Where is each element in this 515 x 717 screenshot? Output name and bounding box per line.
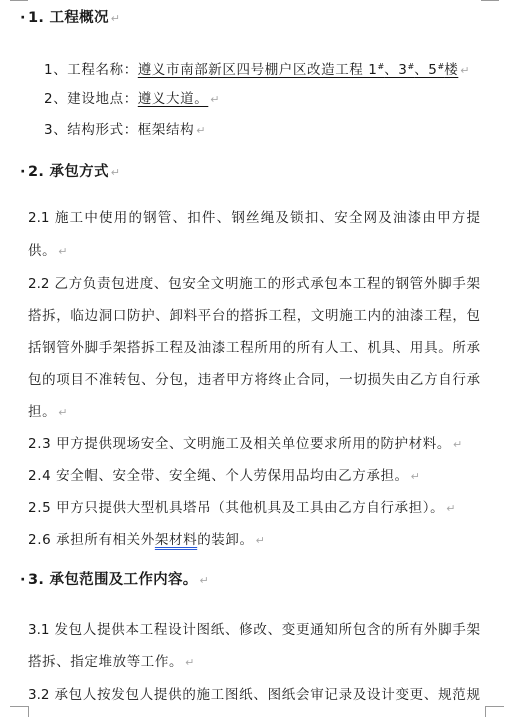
clause-3-1-line-1[interactable]: 3.1 发包人提供本工程设计图纸、修改、变更通知所包含的所有外脚手架 [28,621,480,639]
clause-2-2-line-5[interactable]: 担。↵ [28,403,68,422]
clause-2-6[interactable]: 2.6 承担所有相关外架材料的装卸。↵ [28,531,265,550]
paragraph-mark-icon: ↵ [210,93,220,106]
clause-3-2-line-1[interactable]: 3.2 承包人按发包人提供的施工图纸、图纸会审记录及设计变更、规范规 [28,686,480,704]
heading-bullet: · [20,163,28,181]
page-corner-mark-top-left [10,0,28,1]
section-2-heading[interactable]: ·2. 承包方式↵ [20,163,120,182]
paragraph-mark-icon: ↵ [256,534,266,547]
clause-2-1-line-1[interactable]: 2.1 施工中使用的钢管、扣件、钢丝绳及锁扣、安全网及油漆由甲方提 [28,209,480,227]
clause-2-2-line-2[interactable]: 搭拆，临边洞口防护、卸料平台的搭拆工程，文明施工内的油漆工程，包 [28,307,480,325]
page-corner-mark-top-right [481,0,499,1]
clause-2-2-line-3[interactable]: 括钢管外脚手架搭拆工程及油漆工程所用的所有人工、机具、用具。所承 [28,339,480,357]
page-corner-mark-bottom-right [485,706,504,717]
project-name-line[interactable]: 1、工程名称：遵义市南部新区四号棚户区改造工程 1#、3#、5#楼↵ [44,58,470,80]
project-name-label: 1、工程名称： [44,62,138,78]
paragraph-mark-icon: ↵ [453,438,463,451]
construction-site-value[interactable]: 遵义大道。 [138,91,209,107]
clause-2-5[interactable]: 2.5 甲方只提供大型机具塔吊（其他机具及工具由乙方自行承担）。↵ [28,499,456,518]
section-1-heading[interactable]: ·1. 工程概况↵ [20,9,120,28]
section-3-heading-text: 3. 承包范围及工作内容。 [28,572,198,588]
paragraph-mark-icon: ↵ [111,166,121,179]
structure-type-label: 3、结构形式： [44,122,138,138]
construction-site-line[interactable]: 2、建设地点：遵义大道。↵ [44,90,220,109]
paragraph-mark-icon: ↵ [111,12,121,25]
paragraph-mark-icon: ↵ [58,406,68,419]
clause-2-3[interactable]: 2.3 甲方提供现场安全、文明施工及相关单位要求所用的防护材料。↵ [28,435,463,454]
clause-2-2-line-1[interactable]: 2.2 乙方负责包进度、包安全文明施工的形式承包本工程的钢管外脚手架 [28,275,480,293]
paragraph-mark-icon: ↵ [460,64,470,77]
page-corner-mark-bottom-left [10,706,29,717]
construction-site-label: 2、建设地点： [44,91,138,107]
paragraph-mark-icon: ↵ [185,656,195,669]
clause-3-1-line-2[interactable]: 搭拆、指定堆放等工作。↵ [28,653,195,672]
heading-bullet: · [20,571,28,589]
section-1-heading-text: 1. 工程概况 [28,10,109,26]
section-3-heading[interactable]: ·3. 承包范围及工作内容。↵ [20,571,209,590]
section-2-heading-text: 2. 承包方式 [28,164,109,180]
project-name-value[interactable]: 遵义市南部新区四号棚户区改造工程 1#、3#、5#楼 [138,62,459,78]
structure-type-value: 框架结构 [138,122,194,138]
heading-bullet: · [20,9,28,27]
clause-2-1-line-2[interactable]: 供。↵ [28,242,68,261]
paragraph-mark-icon: ↵ [200,574,210,587]
paragraph-mark-icon: ↵ [196,124,206,137]
structure-type-line[interactable]: 3、结构形式：框架结构↵ [44,121,206,140]
clause-2-2-line-4[interactable]: 包的项目不准转包、分包，违者甲方将终止合同，一切损失由乙方自行承 [28,371,480,389]
paragraph-mark-icon: ↵ [411,470,421,483]
clause-2-4[interactable]: 2.4 安全帽、安全带、安全绳、个人劳保用品均由乙方承担。↵ [28,467,421,486]
paragraph-mark-icon: ↵ [446,502,456,515]
grammar-check-underline[interactable]: 架材料 [155,532,197,548]
paragraph-mark-icon: ↵ [58,245,68,258]
